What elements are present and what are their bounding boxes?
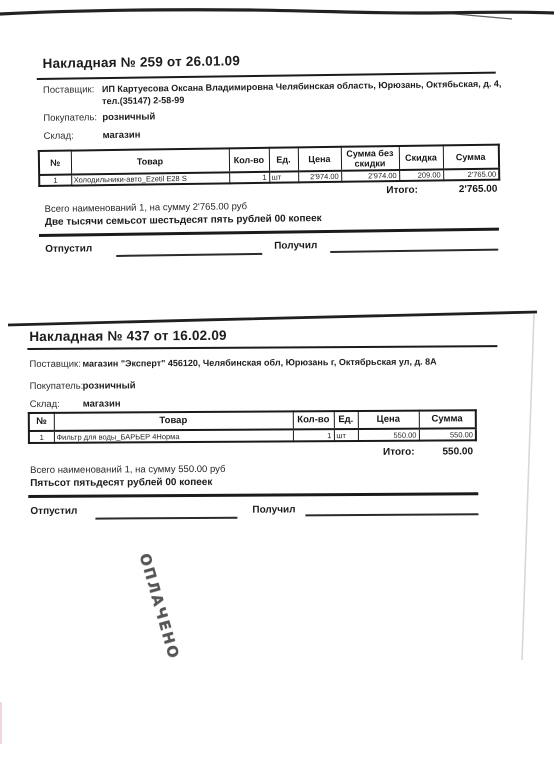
cell-qty: 1 [293,429,334,441]
cell-sum: 550.00 [419,428,476,440]
invoice1-title: Накладная № 259 от 26.01.09 [42,53,240,71]
col-sum-no-discount: Сумма без скидки [341,146,399,171]
invoice2-items-table: № Товар Кол-во Ед. Цена Сумма 1 Фильтр д… [28,409,477,444]
invoice1-items-table: № Товар Кол-во Ед. Цена Сумма без скидки… [38,144,500,187]
invoice2-title-rule [27,345,497,350]
invoice1-amount-in-words: Две тысячи семьсот шестьдесят пять рубле… [45,213,322,228]
col-item: Товар [54,411,293,430]
col-unit: Ед. [269,147,298,171]
col-unit: Ед. [334,411,358,429]
cell-item: Фильтр для воды_БАРЬЕР 4Норма [54,429,293,442]
invoice1-summary: Всего наименований 1, на сумму 2'765.00 … [45,201,248,215]
cell-sum: 2'765.00 [443,169,499,181]
cell-item: Холодильники-авто_Ezetil E28 S [71,172,229,185]
invoice1-released-label: Отпустил [45,243,92,255]
total-label: Итого: [386,185,418,196]
supplier-label: Поставщик: [29,359,82,371]
buyer-value: розничный [83,380,136,392]
cell-num: 1 [39,175,71,186]
cell-discount: 209.00 [399,169,443,181]
scan-artifact-pink-streak [0,702,2,744]
col-num: № [29,413,54,431]
invoice2-received-signature-line [305,513,478,516]
buyer-label: Покупатель: [43,112,102,124]
table-row: 1 Фильтр для воды_БАРЬЕР 4Норма 1 шт 550… [29,428,476,443]
invoice2-total: Итого: 550.00 [383,446,473,458]
invoice1-released-signature-line [116,253,262,257]
cell-qty: 1 [229,172,269,184]
col-price: Цена [298,147,341,172]
supplier-value: ИП Картуесова Оксана Владимировна Челяби… [102,78,514,107]
warehouse-label: Склад: [30,399,83,411]
warehouse-label: Склад: [44,130,103,142]
invoice1-received-signature-line [330,249,498,253]
paper-edge-top [0,0,554,26]
invoice2-released-signature-line [95,517,237,519]
invoice2-field-supplier: Поставщик: магазин "Эксперт" 456120, Чел… [29,357,436,371]
col-sum: Сумма [419,410,476,428]
paid-stamp: ОПЛАЧЕНО [136,552,178,651]
invoice2-released-label: Отпустил [30,506,77,517]
warehouse-value: магазин [103,130,141,142]
buyer-label: Покупатель: [30,381,83,393]
scanned-page: { "scan": { "stamp_text": "ОПЛАЧЕНО" }, … [0,0,554,766]
invoice1-field-supplier: Поставщик: ИП Картуесова Оксана Владимир… [43,78,525,108]
warehouse-value: магазин [83,398,121,410]
cell-sum-no-discount: 2'974.00 [341,170,399,182]
col-discount: Скидка [399,145,443,170]
supplier-value: магазин "Эксперт" 456120, Челябинская об… [82,357,436,371]
buyer-value: розничный [102,111,155,123]
invoice2-title: Накладная № 437 от 16.02.09 [29,328,227,344]
col-qty: Кол-во [229,148,269,173]
col-price: Цена [358,411,419,429]
supplier-label: Поставщик: [43,84,102,108]
invoice2-summary: Всего наименований 1, на сумму 550.00 ру… [30,464,225,476]
total-label: Итого: [383,447,415,458]
invoice2-amount-in-words: Пятьсот пятьдесят рублей 00 копеек [30,477,212,489]
invoice2-received-label: Получил [252,504,295,515]
invoice1-field-warehouse: Склад: магазин [44,130,141,143]
invoice2-footer-rule [28,492,478,497]
cell-price: 2'974.00 [298,171,341,183]
invoice2-field-warehouse: Склад: магазин [30,398,121,410]
cell-unit: шт [269,171,298,182]
col-sum: Сумма [443,145,499,170]
cell-unit: шт [334,429,358,441]
total-value: 2'765.00 [459,184,498,196]
invoice1-total: Итого: 2'765.00 [386,184,497,197]
invoice1-footer-rule [39,228,499,237]
cell-price: 550.00 [358,429,419,441]
total-value: 550.00 [442,446,473,457]
col-qty: Кол-во [293,411,334,429]
col-item: Товар [71,148,229,174]
cell-num: 1 [29,431,54,443]
col-num: № [39,151,71,175]
invoice1-field-buyer: Покупатель: розничный [43,111,155,124]
invoice1-received-label: Получил [274,240,317,252]
paper-edge-invoice2-right [500,308,554,668]
invoice2-field-buyer: Покупатель: розничный [30,380,136,392]
